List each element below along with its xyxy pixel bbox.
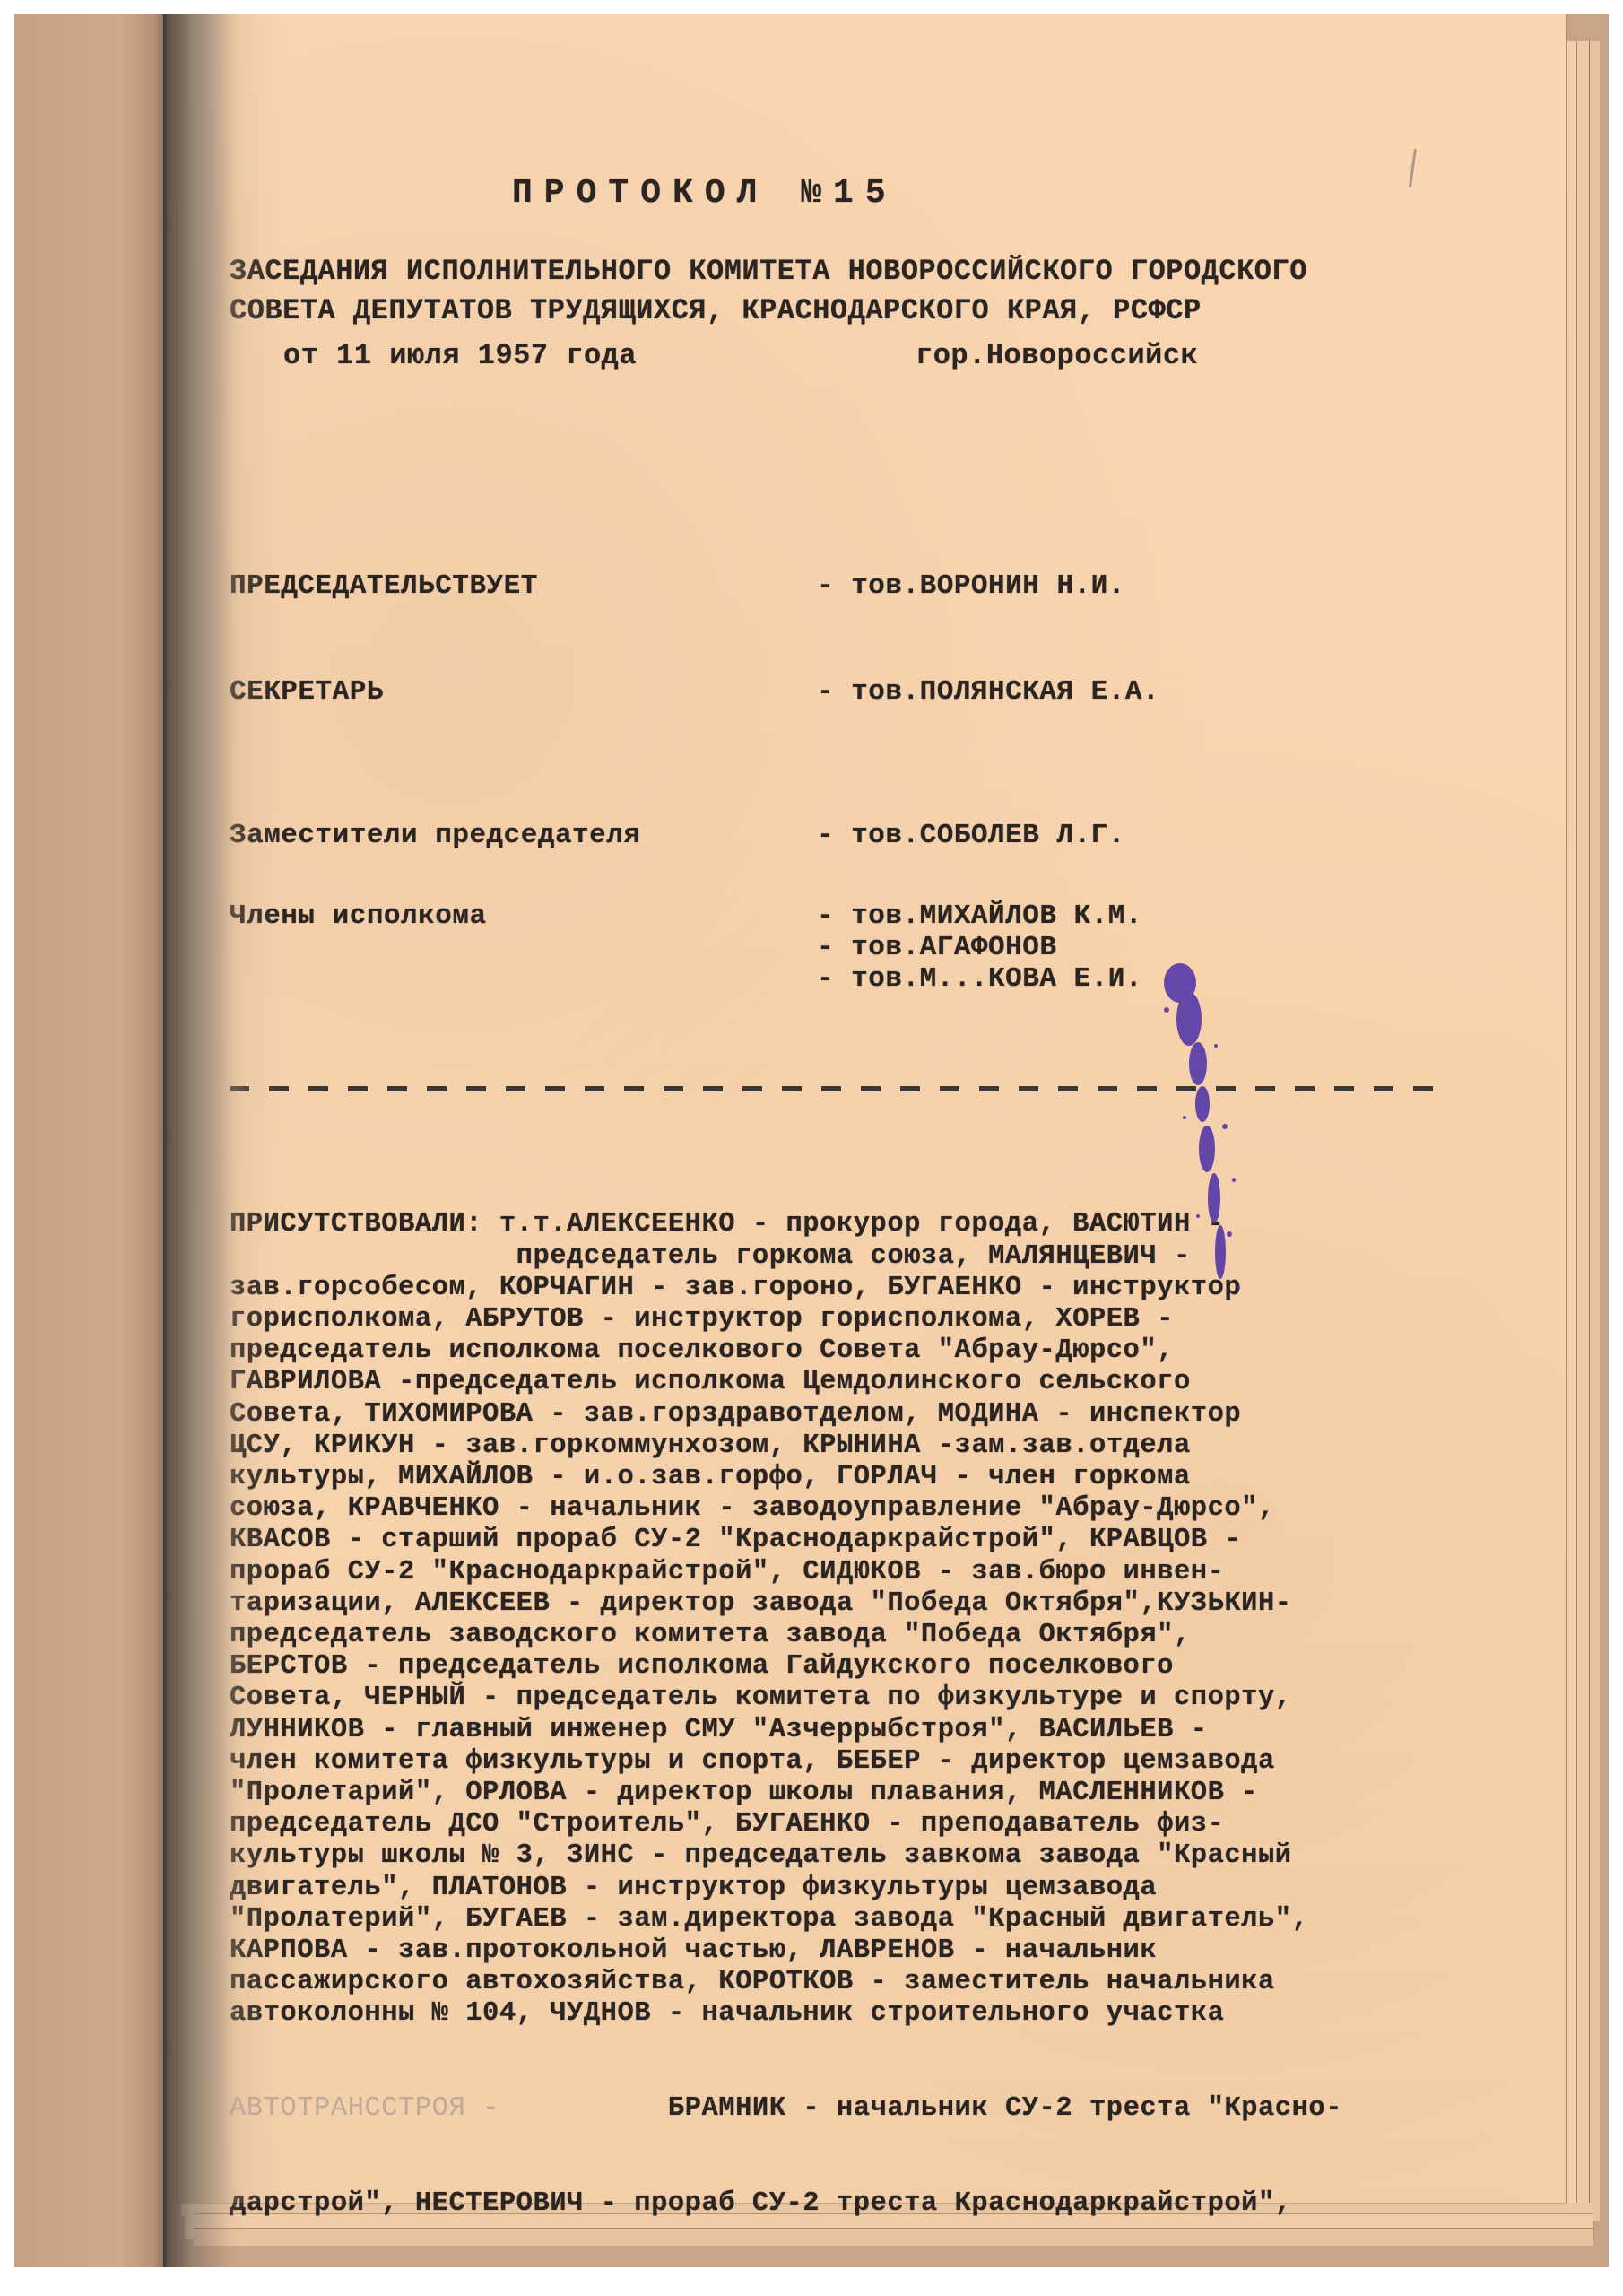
attendees-line: автоколонны № 104, ЧУДНОВ - начальник ст…: [230, 1998, 1342, 2030]
protocol-page: ПРОТОКОЛ №15 ЗАСЕДАНИЯ ИСПОЛНИТЕЛЬНОГО К…: [176, 14, 1567, 2204]
attendees-line: КАРПОВА - зав.протокольной частью, ЛАВРЕ…: [230, 1935, 1342, 1967]
attendees-line: ГАВРИЛОВА -председатель исполкома Цемдол…: [230, 1367, 1342, 1398]
attendees-line: ЦСУ, КРИКУН - зав.горкоммунхозом, КРЫНИН…: [230, 1431, 1342, 1462]
document-city: гор.Новороссийск: [916, 339, 1198, 372]
attendees-line: культуры школы № 3, ЗИНС - председатель …: [230, 1840, 1342, 1872]
attendees-line: прораб СУ-2 "Краснодаркрайстрой", СИДЮКО…: [230, 1557, 1342, 1588]
attendees-line: председатель ДСО "Строитель", БУГАЕНКО -…: [230, 1809, 1342, 1840]
attendees-line: дарстрой", НЕСТЕРОВИЧ - прораб СУ-2 трес…: [230, 2188, 1342, 2220]
attendees-line: горисполкома, АБРУТОВ - инструктор горис…: [230, 1304, 1342, 1335]
scanned-document: ПРОТОКОЛ №15 ЗАСЕДАНИЯ ИСПОЛНИТЕЛЬНОГО К…: [14, 14, 1609, 2267]
binding-shadow: [163, 14, 244, 2267]
attendees-line: председатель исполкома поселкового Совет…: [230, 1335, 1342, 1367]
dashed-divider: [230, 1086, 1436, 1091]
binding-cover: [14, 14, 167, 2267]
heading-line-2: СОВЕТА ДЕПУТАТОВ ТРУДЯЩИХСЯ, КРАСНОДАРСК…: [230, 294, 1202, 327]
attendees-line: "Пролетарий", ОРЛОВА - директор школы пл…: [230, 1778, 1342, 1809]
attendees-line: двигатель", ПЛАТОНОВ - инструктор физкул…: [230, 1873, 1342, 1904]
person-deputy: - тов.СОБОЛЕВ Л.Г.: [817, 820, 1125, 851]
attendees-line: союза, КРАВЧЕНКО - начальник - заводоупр…: [230, 1493, 1342, 1525]
attendees-line: председатель заводского комитета завода …: [230, 1620, 1342, 1651]
attendees-line: "Пролатерий", БУГАЕВ - зам.директора зав…: [230, 1904, 1342, 1935]
person-member: - тов.М...КОВА Е.И.: [817, 963, 1142, 995]
pencil-mark: [1409, 149, 1417, 187]
attendees-line-text: БРАМНИК - начальник СУ-2 треста "Красно-: [499, 2093, 1342, 2124]
attendees-line: культуры, МИХАЙЛОВ - и.о.зав.горфо, ГОРЛ…: [230, 1462, 1342, 1493]
person-secretary: - тов.ПОЛЯНСКАЯ Е.А.: [817, 676, 1159, 708]
person-member: - тов.МИХАЙЛОВ К.М.: [817, 900, 1142, 932]
heading-line-1: ЗАСЕДАНИЯ ИСПОЛНИТЕЛЬНОГО КОМИТЕТА НОВОР…: [230, 255, 1307, 288]
attendees-line: председатель горкома союза, МАЛЯНЦЕВИЧ -: [230, 1241, 1342, 1273]
attendees-lines: ПРИСУТСТВОВАЛИ: т.т.АЛЕКСЕЕНКО - прокуро…: [230, 1209, 1342, 2030]
attendees-block: ПРИСУТСТВОВАЛИ: т.т.АЛЕКСЕЕНКО - прокуро…: [230, 1146, 1342, 2267]
attendees-line: таризации, АЛЕКСЕЕВ - директор завода "П…: [230, 1588, 1342, 1620]
attendees-line: КВАСОВ - старший прораб СУ-2 "Краснодарк…: [230, 1525, 1342, 1556]
attendees-line: ЛУННИКОВ - главный инженер СМУ "Азчеррыб…: [230, 1715, 1342, 1746]
attendees-line: АВТОТРАНССТРОЯ - БРАМНИК - начальник СУ-…: [230, 2093, 1342, 2125]
attendees-line: ПРИСУТСТВОВАЛИ: т.т.АЛЕКСЕЕНКО - прокуро…: [230, 1209, 1342, 1240]
attendees-line: БЕРСТОВ - председатель исполкома Гайдукс…: [230, 1651, 1342, 1683]
document-title: ПРОТОКОЛ №15: [512, 174, 898, 213]
attendees-line: зав.горсобесом, КОРЧАГИН - зав.гороно, Б…: [230, 1273, 1342, 1304]
person-member: - тов.АГАФОНОВ: [817, 932, 1056, 963]
attendees-line: член комитета физкультуры и спорта, БЕБЕ…: [230, 1746, 1342, 1778]
role-deputies: Заместители председателя: [230, 820, 640, 851]
page-edges-right: [1564, 41, 1600, 2221]
attendees-line: пассажирского автохозяйства, КОРОТКОВ - …: [230, 1967, 1342, 1998]
document-date: от 11 июля 1957 года: [283, 339, 637, 372]
person-chair: - тов.ВОРОНИН Н.И.: [817, 570, 1125, 602]
attendees-line: Совета, ТИХОМИРОВА - зав.горздравотделом…: [230, 1399, 1342, 1431]
attendees-line: Совета, ЧЕРНЫЙ - председатель комитета п…: [230, 1683, 1342, 1714]
